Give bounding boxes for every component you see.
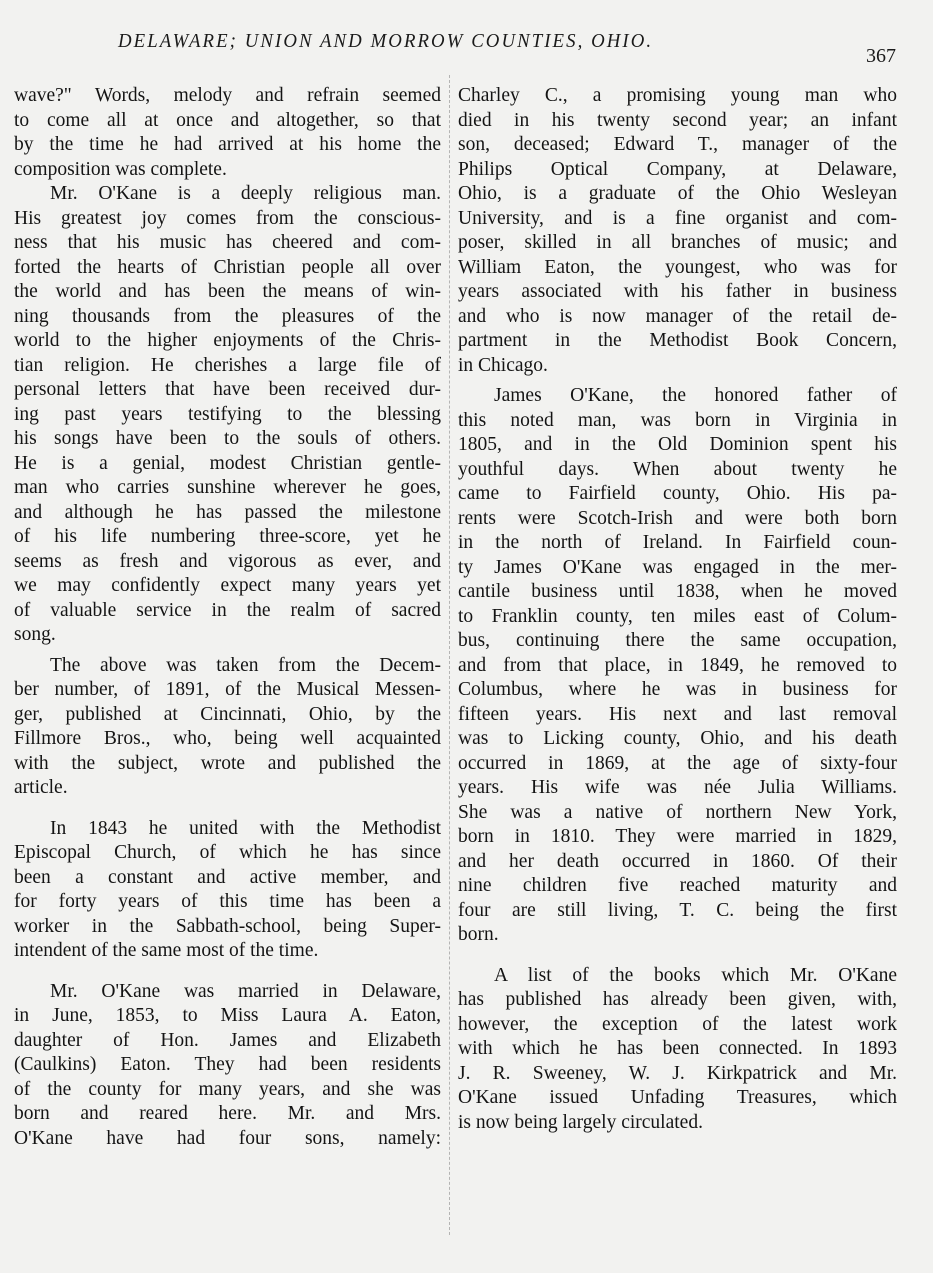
text-line: and who is now manager of the retail de- bbox=[458, 305, 897, 330]
text-line: rents were Scotch-Irish and were both bo… bbox=[458, 507, 897, 532]
text-line: O'Kane issued Unfading Treasures, which bbox=[458, 1086, 897, 1111]
book-page: Delaware; Union and Morrow Counties, Ohi… bbox=[0, 0, 933, 1273]
text-line: years associated with his father in busi… bbox=[458, 280, 897, 305]
text-line: partment in the Methodist Book Concern, bbox=[458, 329, 897, 354]
text-line: died in his twenty second year; an infan… bbox=[458, 109, 897, 134]
text-line: of his life numbering three-score, yet h… bbox=[14, 525, 441, 550]
text-line: O'Kane have had four sons, namely: bbox=[14, 1127, 441, 1152]
text-line: Episcopal Church, of which he has since bbox=[14, 841, 441, 866]
text-line: born and reared here. Mr. and Mrs. bbox=[14, 1102, 441, 1127]
text-line: ty James O'Kane was engaged in the mer- bbox=[458, 556, 897, 581]
text-line: song. bbox=[14, 623, 441, 648]
paragraph-start-line: Mr. O'Kane is a deeply religious man. bbox=[14, 182, 441, 207]
text-line: to come all at once and altogether, so t… bbox=[14, 109, 441, 134]
text-line: in the north of Ireland. In Fairfield co… bbox=[458, 531, 897, 556]
text-line: composition was complete. bbox=[14, 158, 441, 183]
text-line: by the time he had arrived at his home t… bbox=[14, 133, 441, 158]
text-line: She was a native of northern New York, bbox=[458, 801, 897, 826]
text-line: (Caulkins) Eaton. They had been resident… bbox=[14, 1053, 441, 1078]
text-line: J. R. Sweeney, W. J. Kirkpatrick and Mr. bbox=[458, 1062, 897, 1087]
text-line: 1805, and in the Old Dominion spent his bbox=[458, 433, 897, 458]
text-line: this noted man, was born in Virginia in bbox=[458, 409, 897, 434]
text-line: intendent of the same most of the time. bbox=[14, 939, 441, 964]
text-line: Philips Optical Company, at Delaware, bbox=[458, 158, 897, 183]
text-line: Charley C., a promising young man who bbox=[458, 84, 897, 109]
text-line: the world and has been the means of win- bbox=[14, 280, 441, 305]
paragraph-start-line: James O'Kane, the honored father of bbox=[458, 384, 897, 409]
text-line: son, deceased; Edward T., manager of the bbox=[458, 133, 897, 158]
text-line: His greatest joy comes from the consciou… bbox=[14, 207, 441, 232]
text-line: ger, published at Cincinnati, Ohio, by t… bbox=[14, 703, 441, 728]
text-line: seems as fresh and vigorous as ever, and bbox=[14, 550, 441, 575]
text-line: ber number, of 1891, of the Musical Mess… bbox=[14, 678, 441, 703]
text-line: bus, continuing there the same occupatio… bbox=[458, 629, 897, 654]
text-line: for forty years of this time has been a bbox=[14, 890, 441, 915]
text-line: born in 1810. They were married in 1829, bbox=[458, 825, 897, 850]
text-line: ning thousands from the pleasures of the bbox=[14, 305, 441, 330]
text-line: came to Fairfield county, Ohio. His pa- bbox=[458, 482, 897, 507]
paragraph-start-line: In 1843 he united with the Methodist bbox=[14, 817, 441, 842]
text-line: with which he has been connected. In 189… bbox=[458, 1037, 897, 1062]
text-line: in Chicago. bbox=[458, 354, 897, 379]
text-line: to Franklin county, ten miles east of Co… bbox=[458, 605, 897, 630]
text-line: and from that place, in 1849, he removed… bbox=[458, 654, 897, 679]
left-column: wave?" Words, melody and refrain seemed … bbox=[14, 84, 441, 1151]
right-column: Charley C., a promising young man who di… bbox=[458, 84, 897, 1135]
text-line: was to Licking county, Ohio, and his dea… bbox=[458, 727, 897, 752]
text-line: of the county for many years, and she wa… bbox=[14, 1078, 441, 1103]
text-line: Fillmore Bros., who, being well acquaint… bbox=[14, 727, 441, 752]
paragraph-start-line: Mr. O'Kane was married in Delaware, bbox=[14, 980, 441, 1005]
text-line: He is a genial, modest Christian gentle- bbox=[14, 452, 441, 477]
text-line: fifteen years. His next and last removal bbox=[458, 703, 897, 728]
text-line: tian religion. He cherishes a large file… bbox=[14, 354, 441, 379]
text-line: and her death occurred in 1860. Of their bbox=[458, 850, 897, 875]
text-line: William Eaton, the youngest, who was for bbox=[458, 256, 897, 281]
text-line: University, and is a fine organist and c… bbox=[458, 207, 897, 232]
paragraph-start-line: The above was taken from the Decem- bbox=[14, 654, 441, 679]
text-line: world to the higher enjoyments of the Ch… bbox=[14, 329, 441, 354]
text-line: poser, skilled in all branches of music;… bbox=[458, 231, 897, 256]
text-line: of valuable service in the realm of sacr… bbox=[14, 599, 441, 624]
text-line: Ohio, is a graduate of the Ohio Wesleyan bbox=[458, 182, 897, 207]
text-line: personal letters that have been received… bbox=[14, 378, 441, 403]
text-line: occurred in 1869, at the age of sixty-fo… bbox=[458, 752, 897, 777]
text-line: with the subject, wrote and published th… bbox=[14, 752, 441, 777]
text-line: his songs have been to the souls of othe… bbox=[14, 427, 441, 452]
text-line: daughter of Hon. James and Elizabeth bbox=[14, 1029, 441, 1054]
text-line: ing past years testifying to the blessin… bbox=[14, 403, 441, 428]
text-line: cantile business until 1838, when he mov… bbox=[458, 580, 897, 605]
text-line: wave?" Words, melody and refrain seemed bbox=[14, 84, 441, 109]
text-line: years. His wife was née Julia Williams. bbox=[458, 776, 897, 801]
text-line: and although he has passed the milestone bbox=[14, 501, 441, 526]
running-head-title: Delaware; Union and Morrow Counties, Ohi… bbox=[118, 30, 776, 53]
text-line: nine children five reached maturity and bbox=[458, 874, 897, 899]
text-line: born. bbox=[458, 923, 897, 948]
text-line: however, the exception of the latest wor… bbox=[458, 1013, 897, 1038]
text-line: has published has already been given, wi… bbox=[458, 988, 897, 1013]
text-line: four are still living, T. C. being the f… bbox=[458, 899, 897, 924]
text-line: article. bbox=[14, 776, 441, 801]
paragraph-start-line: A list of the books which Mr. O'Kane bbox=[458, 964, 897, 989]
text-line: ness that his music has cheered and com- bbox=[14, 231, 441, 256]
text-line: Columbus, where he was in business for bbox=[458, 678, 897, 703]
text-line: youthful days. When about twenty he bbox=[458, 458, 897, 483]
text-line: we may confidently expect many years yet bbox=[14, 574, 441, 599]
text-line: in June, 1853, to Miss Laura A. Eaton, bbox=[14, 1004, 441, 1029]
text-line: man who carries sunshine wherever he goe… bbox=[14, 476, 441, 501]
column-divider bbox=[449, 75, 450, 1235]
text-line: been a constant and active member, and bbox=[14, 866, 441, 891]
text-line: forted the hearts of Christian people al… bbox=[14, 256, 441, 281]
text-line: worker in the Sabbath-school, being Supe… bbox=[14, 915, 441, 940]
text-line: is now being largely circulated. bbox=[458, 1111, 897, 1136]
page-number: 367 bbox=[866, 45, 896, 68]
